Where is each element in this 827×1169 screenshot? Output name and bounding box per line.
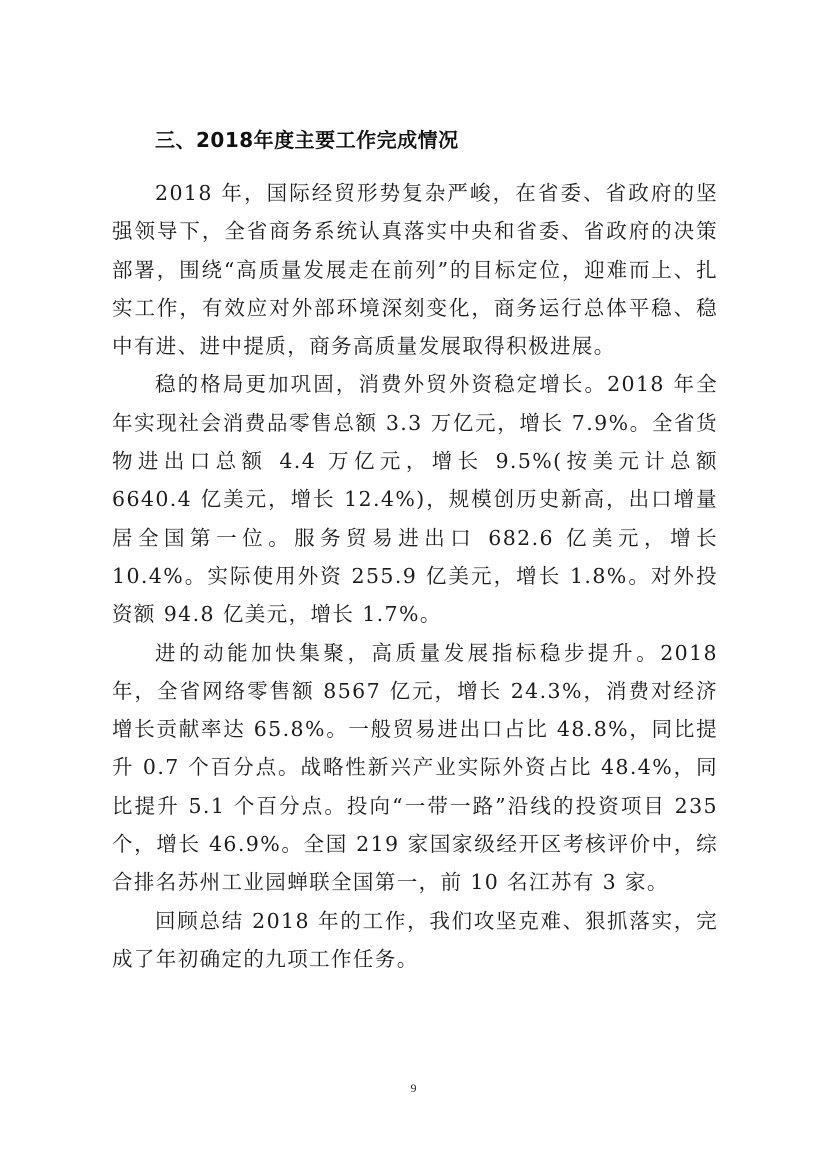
- paragraph-progress: 进的动能加快集聚，高质量发展指标稳步提升。2018 年，全省网络零售额 8567…: [112, 634, 718, 902]
- document-page: 三、2018年度主要工作完成情况 2018 年，国际经贸形势复杂严峻，在省委、省…: [112, 120, 718, 978]
- paragraph-summary: 回顾总结 2018 年的工作，我们攻坚克难、狠抓落实，完成了年初确定的九项工作任…: [112, 902, 718, 979]
- page-number: 9: [0, 1081, 827, 1096]
- paragraph-overview: 2018 年，国际经贸形势复杂严峻，在省委、省政府的坚强领导下，全省商务系统认真…: [112, 174, 718, 365]
- paragraph-stability: 稳的格局更加巩固，消费外贸外资稳定增长。2018 年全年实现社会消费品零售总额 …: [112, 365, 718, 633]
- section-heading: 三、2018年度主要工作完成情况: [112, 120, 718, 160]
